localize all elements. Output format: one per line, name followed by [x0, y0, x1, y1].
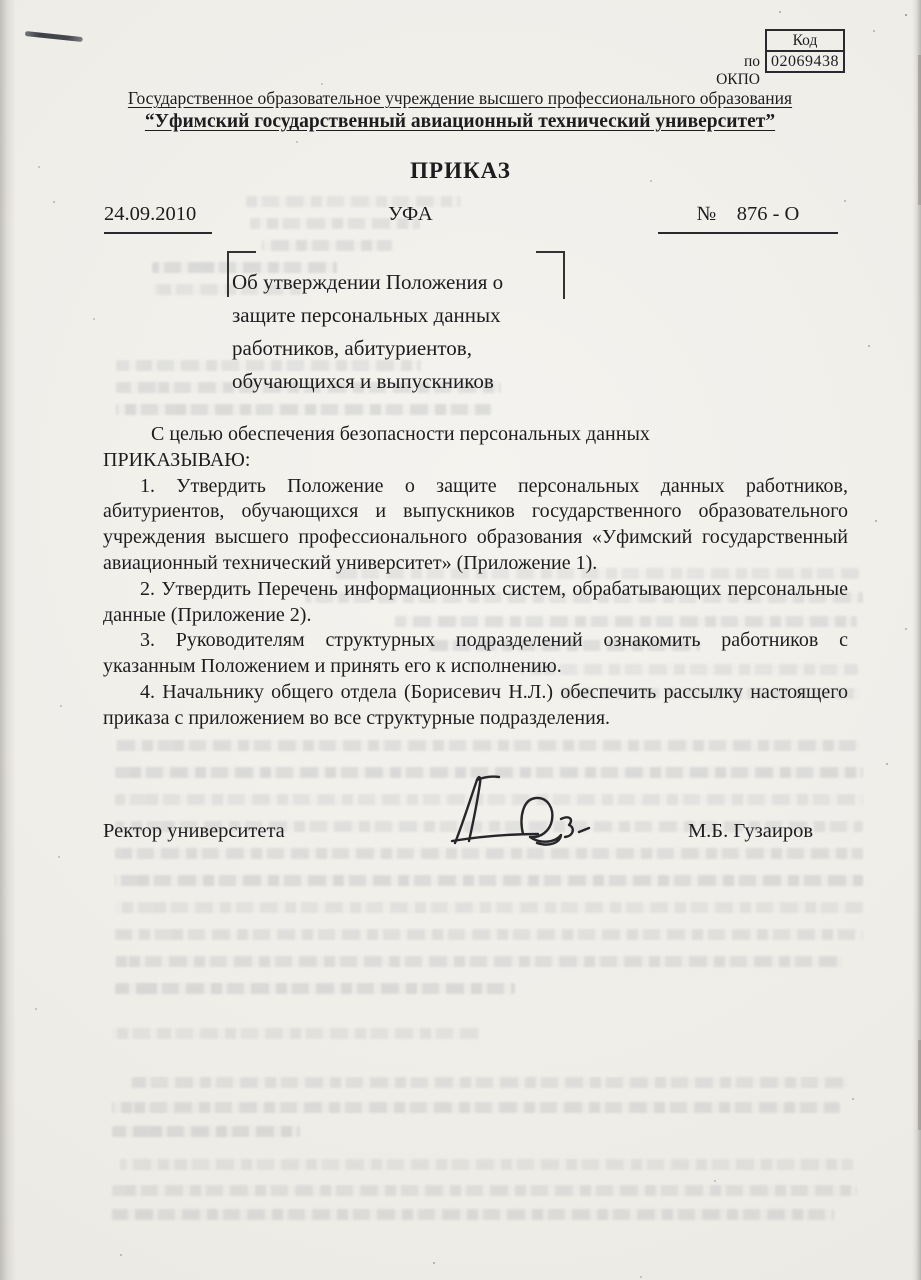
- signer-position: Ректор университета: [103, 820, 285, 843]
- organization-name-line1: Государственное образовательное учрежден…: [60, 88, 860, 109]
- order-resolve-word: ПРИКАЗЫВАЮ:: [103, 448, 848, 474]
- scanned-order-page: по ОКПО Код 02069438 Государственное обр…: [0, 0, 921, 1280]
- order-city: УФА: [388, 203, 434, 226]
- organization-name-line2: “Уфимский государственный авиационный те…: [60, 111, 860, 133]
- order-subject: Об утверждении Положения о защите персон…: [232, 266, 544, 398]
- order-item-1: 1. Утвердить Положение о защите персонал…: [103, 474, 848, 577]
- document-content: по ОКПО Код 02069438 Государственное обр…: [0, 0, 921, 1280]
- document-title: ПРИКАЗ: [0, 158, 921, 184]
- scan-speckles: [0, 0, 2, 2]
- organization-header: Государственное образовательное учрежден…: [60, 88, 860, 133]
- okpo-field-label: по ОКПО: [698, 53, 760, 89]
- signer-name: М.Б. Гузаиров: [688, 820, 813, 843]
- order-intro: С целью обеспечения безопасности персона…: [103, 422, 848, 448]
- okpo-code-value-cell: 02069438: [765, 52, 845, 73]
- okpo-code-table: Код 02069438: [765, 29, 845, 73]
- order-item-4: 4. Начальнику общего отдела (Борисевич Н…: [103, 680, 848, 732]
- order-body: С целью обеспечения безопасности персона…: [103, 422, 848, 732]
- order-item-3: 3. Руководителям структурных подразделен…: [103, 628, 848, 680]
- order-date: 24.09.2010: [104, 203, 212, 234]
- order-item-2: 2. Утвердить Перечень информационных сис…: [103, 577, 848, 629]
- okpo-code-header-cell: Код: [765, 29, 845, 52]
- order-number: № 876 - О: [658, 203, 838, 234]
- handwritten-signature: [425, 757, 605, 857]
